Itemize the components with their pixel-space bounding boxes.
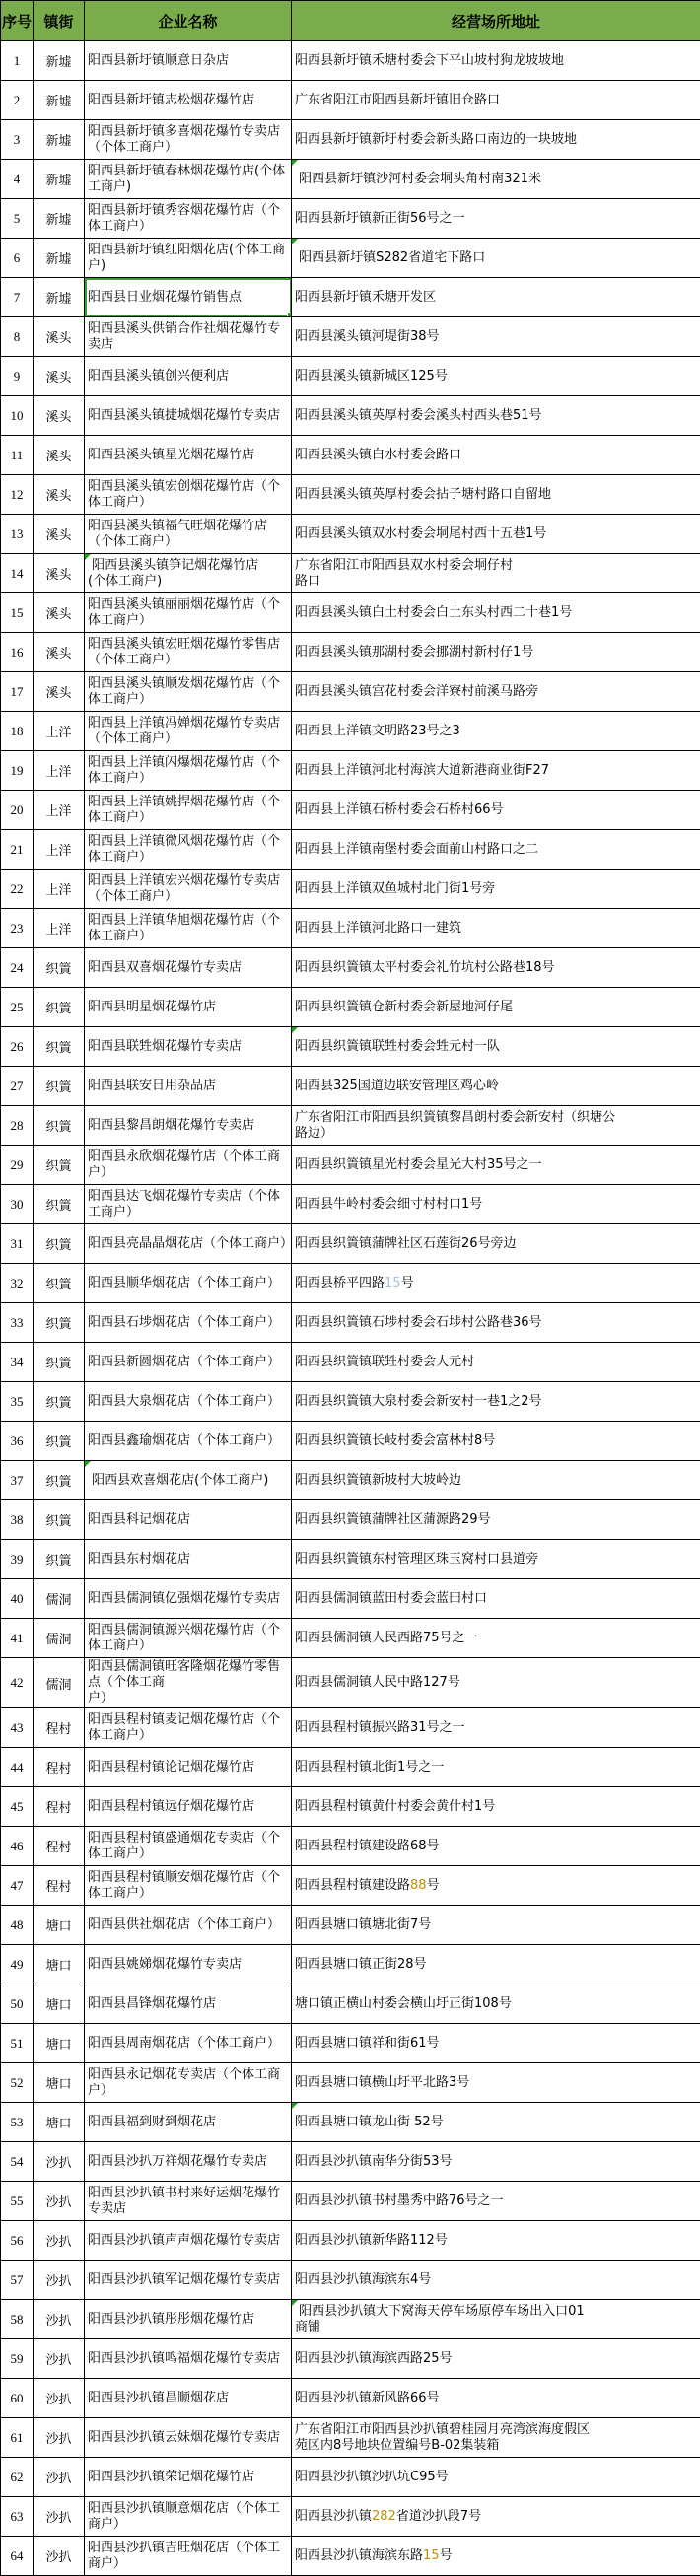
cell-address[interactable]: 阳西县儒洞镇人民中路127号 bbox=[292, 1658, 700, 1708]
cell-address[interactable]: 阳西县新圩镇新圩村委会新头路口南边的一块坡地 bbox=[292, 120, 700, 160]
cell-town[interactable]: 织篢 bbox=[34, 1067, 85, 1106]
cell-company[interactable]: 阳西县上洋镇宏兴烟花爆竹专卖店（个体工商户） bbox=[85, 870, 292, 909]
cell-seq[interactable]: 23 bbox=[1, 909, 34, 948]
cell-seq[interactable]: 11 bbox=[1, 436, 34, 475]
table-row: 25织篢阳西县明星烟花爆竹店阳西县织篢镇仓新村委会新屋地河仔尾 bbox=[1, 988, 700, 1027]
cell-seq[interactable]: 16 bbox=[1, 633, 34, 672]
cell-seq[interactable]: 19 bbox=[1, 751, 34, 791]
cell-address[interactable]: 阳西县新圩镇禾塘村委会下平山坡村狗龙坡坡地 bbox=[292, 41, 700, 81]
cell-address[interactable]: 阳西县程村镇黄什村委会黄什村1号 bbox=[292, 1787, 700, 1827]
cell-company[interactable]: 阳西县程村镇顺安烟花爆竹店（个体工商户） bbox=[85, 1866, 292, 1906]
cell-town[interactable]: 织篢 bbox=[34, 1303, 85, 1343]
cell-company[interactable]: 阳西县新圩镇多喜烟花爆竹专卖店（个体工商户） bbox=[85, 120, 292, 160]
cell-town[interactable]: 塘口 bbox=[34, 1945, 85, 1984]
cell-text: 阳西县新圩镇禾塘开发区 bbox=[295, 290, 436, 305]
cell-town[interactable]: 上洋 bbox=[34, 909, 85, 948]
cell-company[interactable]: 阳西县沙扒镇吉旺烟花店（个体工商户） bbox=[85, 2537, 292, 2576]
cell-company[interactable]: 阳西县程村镇盛通烟花专卖店（个体工商户） bbox=[85, 1827, 292, 1866]
cell-seq[interactable]: 3 bbox=[1, 120, 34, 160]
cell-seq[interactable]: 24 bbox=[1, 948, 34, 988]
license-table: 序号 镇街 企业名称 经营场所地址 1新墟阳西县新圩镇顺意日杂店阳西县新圩镇禾塘… bbox=[0, 0, 700, 2576]
cell-company[interactable]: 阳西县姚娣烟花爆竹专卖店 bbox=[85, 1945, 292, 1984]
cell-company[interactable]: 阳西县沙扒镇荣记烟花爆竹店 bbox=[85, 2458, 292, 2497]
cell-company[interactable]: 阳西县欢喜烟花店(个体工商户) bbox=[85, 1461, 292, 1500]
cell-seq[interactable]: 15 bbox=[1, 593, 34, 633]
cell-company[interactable]: 阳西县联甡烟花爆竹专卖店 bbox=[85, 1027, 292, 1067]
cell-company[interactable]: 阳西县溪头镇创兴便利店 bbox=[85, 357, 292, 396]
cell-town[interactable]: 程村 bbox=[34, 1827, 85, 1866]
cell-company[interactable]: 阳西县达飞烟花爆竹专卖店（个体工商户） bbox=[85, 1185, 292, 1224]
cell-town[interactable]: 儒洞 bbox=[34, 1619, 85, 1658]
table-row: 55沙扒阳西县沙扒镇书村来好运烟花爆竹专卖店阳西县沙扒镇书村墨秀中路76号之一 bbox=[1, 2182, 700, 2221]
cell-town[interactable]: 织篢 bbox=[34, 1027, 85, 1067]
cell-address[interactable]: 阳西县溪头镇白水村委会路口 bbox=[292, 436, 700, 475]
cell-seq[interactable]: 21 bbox=[1, 830, 34, 870]
cell-seq[interactable]: 4 bbox=[1, 160, 34, 199]
cell-company[interactable]: 阳西县供社烟花店（个体工商户） bbox=[85, 1906, 292, 1945]
table-row: 37织篢 阳西县欢喜烟花店(个体工商户)阳西县织篢镇新坡村大坡岭边 bbox=[1, 1461, 700, 1500]
cell-town[interactable]: 上洋 bbox=[34, 830, 85, 870]
cell-address[interactable]: 阳西县上洋镇双鱼城村北门街1号旁 bbox=[292, 870, 700, 909]
cell-town[interactable]: 溪头 bbox=[34, 672, 85, 712]
cell-address[interactable]: 阳西县织篢镇长岐村委会富林村8号 bbox=[292, 1422, 700, 1461]
cell-address[interactable]: 阳西县沙扒镇282省道沙扒段7号 bbox=[292, 2497, 700, 2537]
cell-company[interactable]: 阳西县亮晶晶烟花店（个体工商户） bbox=[85, 1224, 292, 1264]
cell-company[interactable]: 阳西县上洋镇冯婵烟花爆竹专卖店（个体工商户） bbox=[85, 712, 292, 751]
cell-company[interactable]: 阳西县永欣烟花爆竹店（个体工商户） bbox=[85, 1146, 292, 1185]
cell-seq[interactable]: 37 bbox=[1, 1461, 34, 1500]
cell-company[interactable]: 阳西县科记烟花店 bbox=[85, 1500, 292, 1540]
cell-text: 阳西县沙扒镇海滨东路 bbox=[295, 2548, 423, 2563]
cell-address[interactable]: 广东省阳江市阳西县沙扒镇碧桂园月亮湾滨海度假区 苑区内8号地块位置编号B-02集… bbox=[292, 2418, 700, 2458]
cell-seq[interactable]: 26 bbox=[1, 1027, 34, 1067]
cell-address[interactable]: 阳西县新圩镇S282省道宅下路口 bbox=[292, 239, 700, 278]
cell-seq[interactable]: 63 bbox=[1, 2497, 34, 2537]
cell-town[interactable]: 溪头 bbox=[34, 357, 85, 396]
cell-address[interactable]: 阳西县溪头镇白土村委会白土东头村西二十巷1号 bbox=[292, 593, 700, 633]
cell-company[interactable]: 阳西县新圩镇红阳烟花店(个体工商户) bbox=[85, 239, 292, 278]
cell-company[interactable]: 阳西县溪头镇宏旺烟花爆竹零售店（个体工商户） bbox=[85, 633, 292, 672]
cell-company[interactable]: 阳西县明星烟花爆竹店 bbox=[85, 988, 292, 1027]
cell-town[interactable]: 溪头 bbox=[34, 633, 85, 672]
cell-seq[interactable]: 35 bbox=[1, 1382, 34, 1422]
cell-seq[interactable]: 7 bbox=[1, 278, 34, 317]
cell-town[interactable]: 新墟 bbox=[34, 199, 85, 239]
cell-company[interactable]: 阳西县沙扒镇声声烟花爆竹专卖店 bbox=[85, 2221, 292, 2261]
cell-company[interactable]: 阳西县沙扒镇书村来好运烟花爆竹专卖店 bbox=[85, 2182, 292, 2221]
cell-text: 阳西县溪头镇顺发烟花爆竹店（个体工商户） bbox=[88, 676, 280, 707]
cell-seq[interactable]: 33 bbox=[1, 1303, 34, 1343]
cell-town[interactable]: 上洋 bbox=[34, 870, 85, 909]
cell-company[interactable]: 阳西县溪头镇捷城烟花爆竹专卖店 bbox=[85, 396, 292, 436]
cell-town[interactable]: 织篢 bbox=[34, 1500, 85, 1540]
table-row: 38织篢阳西县科记烟花店阳西县织篢镇蒲牌社区蒲源路29号 bbox=[1, 1500, 700, 1540]
cell-address[interactable]: 阳西县程村镇建设路68号 bbox=[292, 1827, 700, 1866]
cell-town[interactable]: 沙扒 bbox=[34, 2221, 85, 2261]
cell-seq[interactable]: 22 bbox=[1, 870, 34, 909]
cell-town[interactable]: 织篢 bbox=[34, 1264, 85, 1303]
cell-seq[interactable]: 46 bbox=[1, 1827, 34, 1866]
cell-town[interactable]: 沙扒 bbox=[34, 2142, 85, 2182]
cell-address[interactable]: 阳西县塘口镇祥和街61号 bbox=[292, 2024, 700, 2063]
cell-address[interactable]: 阳西县沙扒镇书村墨秀中路76号之一 bbox=[292, 2182, 700, 2221]
cell-town[interactable]: 新墟 bbox=[34, 278, 85, 317]
cell-text: 282 bbox=[372, 2509, 396, 2524]
cell-town[interactable]: 溪头 bbox=[34, 515, 85, 554]
cell-town[interactable]: 织篢 bbox=[34, 1106, 85, 1146]
cell-text: 阳西县周南烟花店（个体工商户） bbox=[88, 2036, 280, 2051]
table-row: 2新墟阳西县新圩镇志松烟花爆竹店广东省阳江市阳西县新圩镇旧仓路口 bbox=[1, 81, 700, 120]
cell-town[interactable]: 织篢 bbox=[34, 948, 85, 988]
cell-company[interactable]: 阳西县沙扒镇鸣福烟花爆竹专卖店 bbox=[85, 2339, 292, 2379]
cell-seq[interactable]: 55 bbox=[1, 2182, 34, 2221]
cell-company[interactable]: 阳西县溪头镇宏创烟花爆竹店（个体工商户） bbox=[85, 475, 292, 515]
cell-company[interactable]: 阳西县儒洞镇旺客隆烟花爆竹零售点（个体工商 户） bbox=[85, 1658, 292, 1708]
cell-seq[interactable]: 52 bbox=[1, 2063, 34, 2103]
cell-seq[interactable]: 40 bbox=[1, 1579, 34, 1619]
cell-text: 阳西县溪头镇捷城烟花爆竹专卖店 bbox=[88, 408, 280, 423]
cell-address[interactable]: 阳西县儒洞镇人民西路75号之一 bbox=[292, 1619, 700, 1658]
cell-company[interactable]: 阳西县儒洞镇源兴烟花爆竹店（个体工商户） bbox=[85, 1619, 292, 1658]
cell-seq[interactable]: 60 bbox=[1, 2379, 34, 2418]
cell-address[interactable]: 阳西县溪头镇英厚村委会拈子塘村路口自留地 bbox=[292, 475, 700, 515]
cell-address[interactable]: 阳西县塘口镇龙山街 52号 bbox=[292, 2103, 700, 2142]
cell-company[interactable]: 阳西县溪头镇丽丽烟花爆竹店（个体工商户） bbox=[85, 593, 292, 633]
cell-address[interactable]: 阳西县塘口镇正街28号 bbox=[292, 1945, 700, 1984]
cell-address[interactable]: 阳西县沙扒镇海滨东路15号 bbox=[292, 2537, 700, 2576]
cell-town[interactable]: 塘口 bbox=[34, 2063, 85, 2103]
cell-town[interactable]: 沙扒 bbox=[34, 2458, 85, 2497]
cell-address[interactable]: 阳西县桥平四路15号 bbox=[292, 1264, 700, 1303]
cell-address[interactable]: 阳西县上洋镇石桥村委会石桥村66号 bbox=[292, 791, 700, 830]
cell-company[interactable]: 阳西县上洋镇微风烟花爆竹店（个体工商户） bbox=[85, 830, 292, 870]
cell-company[interactable]: 阳西县上洋镇华旭烟花爆竹店（个体工商户） bbox=[85, 909, 292, 948]
cell-town[interactable]: 儒洞 bbox=[34, 1658, 85, 1708]
cell-text: 广东省阳江市阳西县织篢镇黎昌朗村委会新安村（织塘公 路边） bbox=[295, 1110, 615, 1141]
cell-seq[interactable]: 12 bbox=[1, 475, 34, 515]
cell-seq[interactable]: 49 bbox=[1, 1945, 34, 1984]
cell-seq[interactable]: 47 bbox=[1, 1866, 34, 1906]
cell-town[interactable]: 沙扒 bbox=[34, 2182, 85, 2221]
cell-seq[interactable]: 1 bbox=[1, 41, 34, 81]
cell-address[interactable]: 阳西县新圩镇禾塘开发区 bbox=[292, 278, 700, 317]
table-row: 36织篢阳西县鑫瑜烟花店（个体工商户）阳西县织篢镇长岐村委会富林村8号 bbox=[1, 1422, 700, 1461]
cell-town[interactable]: 溪头 bbox=[34, 396, 85, 436]
cell-seq[interactable]: 61 bbox=[1, 2418, 34, 2458]
cell-company[interactable]: 阳西县溪头镇福气旺烟花爆竹店 （个体工商户） bbox=[85, 515, 292, 554]
cell-address[interactable]: 阳西县溪头镇双水村委会垌尾村西十五巷1号 bbox=[292, 515, 700, 554]
cell-town[interactable]: 沙扒 bbox=[34, 2300, 85, 2339]
table-row: 39织篢阳西县东村烟花店阳西县织篢镇东村管理区珠玉窝村口县道旁 bbox=[1, 1540, 700, 1579]
cell-town[interactable]: 程村 bbox=[34, 1787, 85, 1827]
cell-text: 阳西县溪头镇河堤街38号 bbox=[295, 329, 440, 344]
cell-seq[interactable]: 41 bbox=[1, 1619, 34, 1658]
cell-address[interactable]: 阳西县牛岭村委会细寸村村口1号 bbox=[292, 1185, 700, 1224]
cell-town[interactable]: 新墟 bbox=[34, 239, 85, 278]
cell-town[interactable]: 织篢 bbox=[34, 1382, 85, 1422]
col-header-seq: 序号 bbox=[1, 1, 34, 41]
cell-seq[interactable]: 54 bbox=[1, 2142, 34, 2182]
cell-town[interactable]: 程村 bbox=[34, 1708, 85, 1748]
cell-seq[interactable]: 17 bbox=[1, 672, 34, 712]
cell-town[interactable]: 沙扒 bbox=[34, 2497, 85, 2537]
cell-seq[interactable]: 2 bbox=[1, 81, 34, 120]
cell-text: 阳西县儒洞镇蓝田村委会蓝田村口 bbox=[295, 1591, 487, 1606]
cell-text: 阳西县织篢镇大泉村委会新安村一巷1之2号 bbox=[295, 1394, 542, 1409]
cell-company[interactable]: 阳西县周南烟花店（个体工商户） bbox=[85, 2024, 292, 2063]
cell-company[interactable]: 阳西县新圩镇顺意日杂店 bbox=[85, 41, 292, 81]
cell-town[interactable]: 沙扒 bbox=[34, 2418, 85, 2458]
cell-town[interactable]: 程村 bbox=[34, 1866, 85, 1906]
cell-address[interactable]: 阳西县沙扒镇海滨东4号 bbox=[292, 2261, 700, 2300]
cell-address[interactable]: 阳西县沙扒镇南华分街53号 bbox=[292, 2142, 700, 2182]
cell-seq[interactable]: 27 bbox=[1, 1067, 34, 1106]
cell-company[interactable]: 阳西县双喜烟花爆竹专卖店 bbox=[85, 948, 292, 988]
cell-company[interactable]: 阳西县永记烟花专卖店（个体工商户） bbox=[85, 2063, 292, 2103]
cell-address[interactable]: 阳西县沙扒镇海滨西路25号 bbox=[292, 2339, 700, 2379]
cell-company[interactable]: 阳西县程村镇远仔烟花爆竹店 bbox=[85, 1787, 292, 1827]
cell-town[interactable]: 新墟 bbox=[34, 41, 85, 81]
cell-flag-marker bbox=[85, 1461, 91, 1467]
cell-seq[interactable]: 38 bbox=[1, 1500, 34, 1540]
cell-town[interactable]: 上洋 bbox=[34, 791, 85, 830]
cell-address[interactable]: 阳西县程村镇振兴路31号之一 bbox=[292, 1708, 700, 1748]
cell-seq[interactable]: 10 bbox=[1, 396, 34, 436]
cell-town[interactable]: 儒洞 bbox=[34, 1579, 85, 1619]
cell-address[interactable]: 阳西县溪头镇河堤街38号 bbox=[292, 317, 700, 357]
cell-seq[interactable]: 64 bbox=[1, 2537, 34, 2576]
cell-text: 阳西县新圩镇沙河村委会垌头角村南321米 bbox=[295, 172, 541, 186]
cell-seq[interactable]: 57 bbox=[1, 2261, 34, 2300]
cell-address[interactable]: 阳西县新圩镇新正街56号之一 bbox=[292, 199, 700, 239]
cell-seq[interactable]: 32 bbox=[1, 1264, 34, 1303]
cell-seq[interactable]: 43 bbox=[1, 1708, 34, 1748]
cell-seq[interactable]: 5 bbox=[1, 199, 34, 239]
table-row: 17溪头阳西县溪头镇顺发烟花爆竹店（个体工商户）阳西县溪头镇宫花村委会洋寮村前溪… bbox=[1, 672, 700, 712]
cell-seq[interactable]: 62 bbox=[1, 2458, 34, 2497]
cell-seq[interactable]: 34 bbox=[1, 1343, 34, 1382]
cell-address[interactable]: 阳西县上洋镇河北路口一建筑 bbox=[292, 909, 700, 948]
cell-town[interactable]: 塘口 bbox=[34, 1906, 85, 1945]
cell-seq[interactable]: 36 bbox=[1, 1422, 34, 1461]
cell-company[interactable]: 阳西县溪头镇顺发烟花爆竹店（个体工商户） bbox=[85, 672, 292, 712]
cell-seq[interactable]: 8 bbox=[1, 317, 34, 357]
cell-address[interactable]: 广东省阳江市阳西县织篢镇黎昌朗村委会新安村（织塘公 路边） bbox=[292, 1106, 700, 1146]
cell-town[interactable]: 程村 bbox=[34, 1748, 85, 1787]
cell-address[interactable]: 阳西县塘口镇横山圩平北路3号 bbox=[292, 2063, 700, 2103]
cell-town[interactable]: 沙扒 bbox=[34, 2537, 85, 2576]
cell-address[interactable]: 阳西县沙扒镇沙扒坑C95号 bbox=[292, 2458, 700, 2497]
cell-address[interactable]: 阳西县织篢镇仓新村委会新屋地河仔尾 bbox=[292, 988, 700, 1027]
cell-company[interactable]: 阳西县上洋镇闪爆烟花爆竹店（个体工商户） bbox=[85, 751, 292, 791]
cell-company[interactable]: 阳西县新圩镇志松烟花爆竹店 bbox=[85, 81, 292, 120]
cell-address[interactable]: 阳西县沙扒镇大下窝海天停车场原停车场出入口01 商铺 bbox=[292, 2300, 700, 2339]
cell-town[interactable]: 沙扒 bbox=[34, 2261, 85, 2300]
cell-company[interactable]: 阳西县石埗烟花店（个体工商户） bbox=[85, 1303, 292, 1343]
cell-address[interactable]: 阳西县溪头镇那湖村委会挪湖村新村仔1号 bbox=[292, 633, 700, 672]
cell-text: 阳西县联安日用杂品店 bbox=[88, 1079, 216, 1093]
cell-address[interactable]: 阳西县溪头镇新城区125号 bbox=[292, 357, 700, 396]
cell-company[interactable]: 阳西县溪头镇星光烟花爆竹店 bbox=[85, 436, 292, 475]
cell-address[interactable]: 阳西县织篢镇太平村委会礼竹坑村公路巷18号 bbox=[292, 948, 700, 988]
cell-town[interactable]: 沙扒 bbox=[34, 2379, 85, 2418]
cell-address[interactable]: 阳西县织篢镇蒲牌社区石莲街26号旁边 bbox=[292, 1224, 700, 1264]
cell-seq[interactable]: 18 bbox=[1, 712, 34, 751]
cell-town[interactable]: 织篢 bbox=[34, 1146, 85, 1185]
cell-address[interactable]: 阳西县织篢镇大泉村委会新安村一巷1之2号 bbox=[292, 1382, 700, 1422]
table-row: 56沙扒阳西县沙扒镇声声烟花爆竹专卖店阳西县沙扒镇新华路112号 bbox=[1, 2221, 700, 2261]
cell-seq[interactable]: 13 bbox=[1, 515, 34, 554]
cell-town[interactable]: 上洋 bbox=[34, 712, 85, 751]
cell-town[interactable]: 溪头 bbox=[34, 593, 85, 633]
cell-company[interactable]: 阳西县沙扒镇顺意烟花店（个体工商户） bbox=[85, 2497, 292, 2537]
cell-text: 阳西县儒洞镇亿强烟花爆竹专卖店 bbox=[88, 1591, 280, 1606]
cell-company[interactable]: 阳西县沙扒镇彤彤烟花爆竹店 bbox=[85, 2300, 292, 2339]
cell-text: 阳西县沙扒镇大下窝海天停车场原停车场出入口01 商铺 bbox=[295, 2304, 585, 2334]
cell-company[interactable]: 阳西县程村镇论记烟花爆竹店 bbox=[85, 1748, 292, 1787]
table-row: 26织篢阳西县联甡烟花爆竹专卖店阳西县织篢镇联甡村委会甡元村一队 bbox=[1, 1027, 700, 1067]
cell-company[interactable]: 阳西县东村烟花店 bbox=[85, 1540, 292, 1579]
cell-town[interactable]: 织篢 bbox=[34, 1224, 85, 1264]
cell-town[interactable]: 织篢 bbox=[34, 1461, 85, 1500]
cell-seq[interactable]: 30 bbox=[1, 1185, 34, 1224]
cell-town[interactable]: 塘口 bbox=[34, 1984, 85, 2024]
cell-address[interactable]: 阳西县上洋镇河北村海滨大道新港商业街F27 bbox=[292, 751, 700, 791]
cell-company[interactable]: 阳西县沙扒万祥烟花爆竹专卖店 bbox=[85, 2142, 292, 2182]
cell-address[interactable]: 阳西县上洋镇文明路23号之3 bbox=[292, 712, 700, 751]
cell-text: 阳西县上洋镇双鱼城村北门街1号旁 bbox=[295, 881, 495, 896]
cell-address[interactable]: 阳西县织篢镇石埗村委会石埗村公路巷36号 bbox=[292, 1303, 700, 1343]
cell-company[interactable]: 阳西县福到财到烟花店 bbox=[85, 2103, 292, 2142]
cell-address[interactable]: 阳西县程村镇建设路88号 bbox=[292, 1866, 700, 1906]
cell-town[interactable]: 织篢 bbox=[34, 1185, 85, 1224]
cell-address[interactable]: 阳西县沙扒镇新风路66号 bbox=[292, 2379, 700, 2418]
cell-address[interactable]: 阳西县溪头镇宫花村委会洋寮村前溪马路旁 bbox=[292, 672, 700, 712]
cell-address[interactable]: 阳西县溪头镇英厚村委会溪头村西头巷51号 bbox=[292, 396, 700, 436]
cell-seq[interactable]: 28 bbox=[1, 1106, 34, 1146]
cell-company[interactable]: 阳西县日业烟花爆竹销售点 bbox=[85, 278, 292, 317]
cell-town[interactable]: 新墟 bbox=[34, 120, 85, 160]
cell-seq[interactable]: 20 bbox=[1, 791, 34, 830]
cell-address[interactable]: 阳西县织篢镇联甡村委会甡元村一队 bbox=[292, 1027, 700, 1067]
cell-text: 阳西县溪头供销合作社烟花爆竹专卖店 bbox=[88, 321, 280, 352]
cell-company[interactable]: 阳西县溪头供销合作社烟花爆竹专卖店 bbox=[85, 317, 292, 357]
cell-seq[interactable]: 6 bbox=[1, 239, 34, 278]
cell-company[interactable]: 阳西县沙扒镇军记烟花爆竹专卖店 bbox=[85, 2261, 292, 2300]
cell-town[interactable]: 新墟 bbox=[34, 160, 85, 199]
cell-text: 阳西县织篢镇联甡村委会大元村 bbox=[295, 1355, 474, 1369]
cell-address[interactable]: 阳西县程村镇北街1号之一 bbox=[292, 1748, 700, 1787]
cell-address[interactable]: 塘口镇正横山村委会横山圩正街108号 bbox=[292, 1984, 700, 2024]
cell-text: 阳西县沙扒镇海滨东4号 bbox=[295, 2272, 431, 2287]
cell-company[interactable]: 阳西县溪头镇笋记烟花爆竹店 (个体工商户) bbox=[85, 554, 292, 593]
cell-town[interactable]: 织篢 bbox=[34, 988, 85, 1027]
cell-seq[interactable]: 25 bbox=[1, 988, 34, 1027]
table-row: 1新墟阳西县新圩镇顺意日杂店阳西县新圩镇禾塘村委会下平山坡村狗龙坡坡地 bbox=[1, 41, 700, 81]
cell-seq[interactable]: 50 bbox=[1, 1984, 34, 2024]
cell-text: 阳西县织篢镇星光村委会星光大村35号之一 bbox=[295, 1157, 542, 1172]
cell-town[interactable]: 新墟 bbox=[34, 81, 85, 120]
table-row: 62沙扒阳西县沙扒镇荣记烟花爆竹店阳西县沙扒镇沙扒坑C95号 bbox=[1, 2458, 700, 2497]
cell-company[interactable]: 阳西县程村镇麦记烟花爆竹店（个体工商户） bbox=[85, 1708, 292, 1748]
cell-company[interactable]: 阳西县新圩镇秀容烟花爆竹店（个体工商户） bbox=[85, 199, 292, 239]
cell-town[interactable]: 溪头 bbox=[34, 317, 85, 357]
cell-company[interactable]: 阳西县儒洞镇亿强烟花爆竹专卖店 bbox=[85, 1579, 292, 1619]
cell-seq[interactable]: 42 bbox=[1, 1658, 34, 1708]
cell-address[interactable]: 阳西县织篢镇联甡村委会大元村 bbox=[292, 1343, 700, 1382]
cell-seq[interactable]: 48 bbox=[1, 1906, 34, 1945]
cell-address[interactable]: 阳西县塘口镇塘北街7号 bbox=[292, 1906, 700, 1945]
cell-seq[interactable]: 53 bbox=[1, 2103, 34, 2142]
cell-town[interactable]: 溪头 bbox=[34, 475, 85, 515]
cell-seq[interactable]: 59 bbox=[1, 2339, 34, 2379]
cell-company[interactable]: 阳西县沙扒镇云妹烟花爆竹专卖店 bbox=[85, 2418, 292, 2458]
cell-company[interactable]: 阳西县鑫瑜烟花店（个体工商户） bbox=[85, 1422, 292, 1461]
cell-seq[interactable]: 9 bbox=[1, 357, 34, 396]
cell-text: 阳西县程村镇顺安烟花爆竹店（个体工商户） bbox=[88, 1870, 280, 1901]
cell-address[interactable]: 阳西县儒洞镇蓝田村委会蓝田村口 bbox=[292, 1579, 700, 1619]
cell-town[interactable]: 织篢 bbox=[34, 1540, 85, 1579]
cell-text: 阳西县新圩镇顺意日杂店 bbox=[88, 53, 229, 68]
table-row: 3新墟阳西县新圩镇多喜烟花爆竹专卖店（个体工商户）阳西县新圩镇新圩村委会新头路口… bbox=[1, 120, 700, 160]
cell-address[interactable]: 阳西县织篢镇蒲牌社区蒲源路29号 bbox=[292, 1500, 700, 1540]
cell-seq[interactable]: 51 bbox=[1, 2024, 34, 2063]
cell-seq[interactable]: 45 bbox=[1, 1787, 34, 1827]
cell-address[interactable]: 阳西县325国道边联安管理区鸡心岭 bbox=[292, 1067, 700, 1106]
cell-address[interactable]: 阳西县织篢镇星光村委会星光大村35号之一 bbox=[292, 1146, 700, 1185]
cell-town[interactable]: 塘口 bbox=[34, 2024, 85, 2063]
cell-town[interactable]: 上洋 bbox=[34, 751, 85, 791]
cell-address[interactable]: 阳西县织篢镇新坡村大坡岭边 bbox=[292, 1461, 700, 1500]
cell-town[interactable]: 织篢 bbox=[34, 1422, 85, 1461]
cell-seq[interactable]: 56 bbox=[1, 2221, 34, 2261]
cell-town[interactable]: 溪头 bbox=[34, 436, 85, 475]
cell-seq[interactable]: 29 bbox=[1, 1146, 34, 1185]
cell-text: 阳西县沙扒万祥烟花爆竹专卖店 bbox=[88, 2154, 267, 2169]
cell-town[interactable]: 塘口 bbox=[34, 2103, 85, 2142]
cell-company[interactable]: 阳西县昌锋烟花爆竹店 bbox=[85, 1984, 292, 2024]
cell-address[interactable]: 广东省阳江市阳西县新圩镇旧仓路口 bbox=[292, 81, 700, 120]
cell-company[interactable]: 阳西县顺华烟花店（个体工商户） bbox=[85, 1264, 292, 1303]
cell-company[interactable]: 阳西县新圩镇春林烟花爆竹店(个体工商户) bbox=[85, 160, 292, 199]
cell-text: 阳西县程村镇北街1号之一 bbox=[295, 1760, 444, 1775]
cell-company[interactable]: 阳西县联安日用杂品店 bbox=[85, 1067, 292, 1106]
cell-company[interactable]: 阳西县黎昌朗烟花爆竹专卖店 bbox=[85, 1106, 292, 1146]
cell-text: 阳西县上洋镇河北村海滨大道新港商业街F27 bbox=[295, 763, 549, 778]
cell-address[interactable]: 阳西县沙扒镇新华路112号 bbox=[292, 2221, 700, 2261]
cell-town[interactable]: 织篢 bbox=[34, 1343, 85, 1382]
cell-seq[interactable]: 14 bbox=[1, 554, 34, 593]
cell-company[interactable]: 阳西县大泉烟花店（个体工商户） bbox=[85, 1382, 292, 1422]
cell-seq[interactable]: 31 bbox=[1, 1224, 34, 1264]
cell-town[interactable]: 沙扒 bbox=[34, 2339, 85, 2379]
cell-text: 阳西县织篢镇东村管理区珠玉窝村口县道旁 bbox=[295, 1552, 538, 1566]
cell-seq[interactable]: 44 bbox=[1, 1748, 34, 1787]
cell-town[interactable]: 溪头 bbox=[34, 554, 85, 593]
cell-address[interactable]: 阳西县织篢镇东村管理区珠玉窝村口县道旁 bbox=[292, 1540, 700, 1579]
cell-company[interactable]: 阳西县新圆烟花店（个体工商户） bbox=[85, 1343, 292, 1382]
table-row: 57沙扒阳西县沙扒镇军记烟花爆竹专卖店阳西县沙扒镇海滨东4号 bbox=[1, 2261, 700, 2300]
cell-seq[interactable]: 39 bbox=[1, 1540, 34, 1579]
cell-address[interactable]: 阳西县新圩镇沙河村委会垌头角村南321米 bbox=[292, 160, 700, 199]
cell-seq[interactable]: 58 bbox=[1, 2300, 34, 2339]
table-row: 50塘口阳西县昌锋烟花爆竹店塘口镇正横山村委会横山圩正街108号 bbox=[1, 1984, 700, 2024]
cell-company[interactable]: 阳西县上洋镇姚捍烟花爆竹店（个体工商户） bbox=[85, 791, 292, 830]
cell-address[interactable]: 阳西县上洋镇南堡村委会面前山村路口之二 bbox=[292, 830, 700, 870]
cell-company[interactable]: 阳西县沙扒镇昌顺烟花店 bbox=[85, 2379, 292, 2418]
table-row: 31织篢阳西县亮晶晶烟花店（个体工商户）阳西县织篢镇蒲牌社区石莲街26号旁边 bbox=[1, 1224, 700, 1264]
cell-address[interactable]: 广东省阳江市阳西县双水村委会垌仔村 路口 bbox=[292, 554, 700, 593]
